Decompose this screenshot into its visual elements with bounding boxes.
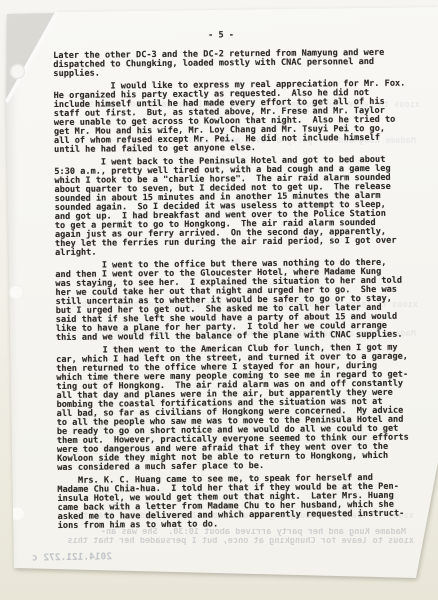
punch-hole	[10, 64, 25, 79]
paragraph: I then went to the American Club for lun…	[56, 344, 416, 473]
paper-surface: xious to leave for Chungking at once, bu…	[0, 0, 438, 600]
paragraph: Later the other DC-3 and the DC-2 return…	[53, 49, 412, 79]
paragraph: I went to the office but there was nothi…	[55, 259, 415, 343]
paper-sheet: xious to leave for Chungking at once, bu…	[0, 0, 438, 600]
paragraph: I would like to express my real apprecia…	[53, 80, 413, 155]
bleedthrough-catalog-number: 2014.121.272 c	[28, 552, 112, 563]
punch-hole	[10, 506, 25, 521]
typed-text-block: - 5 - Later the other DC-3 and the DC-2 …	[53, 30, 417, 535]
bleedthrough-text: xious to leave for Chungking at once, bu…	[42, 537, 414, 546]
paragraph: Mrs. K. C. Huang came to see me, to spea…	[57, 474, 417, 531]
punch-hole	[9, 285, 24, 300]
scanned-document: xious to leave for Chungking at once, bu…	[0, 0, 438, 600]
paragraph: I went back to the Peninsula Hotel and g…	[54, 156, 414, 258]
page-number: - 5 -	[53, 30, 389, 42]
